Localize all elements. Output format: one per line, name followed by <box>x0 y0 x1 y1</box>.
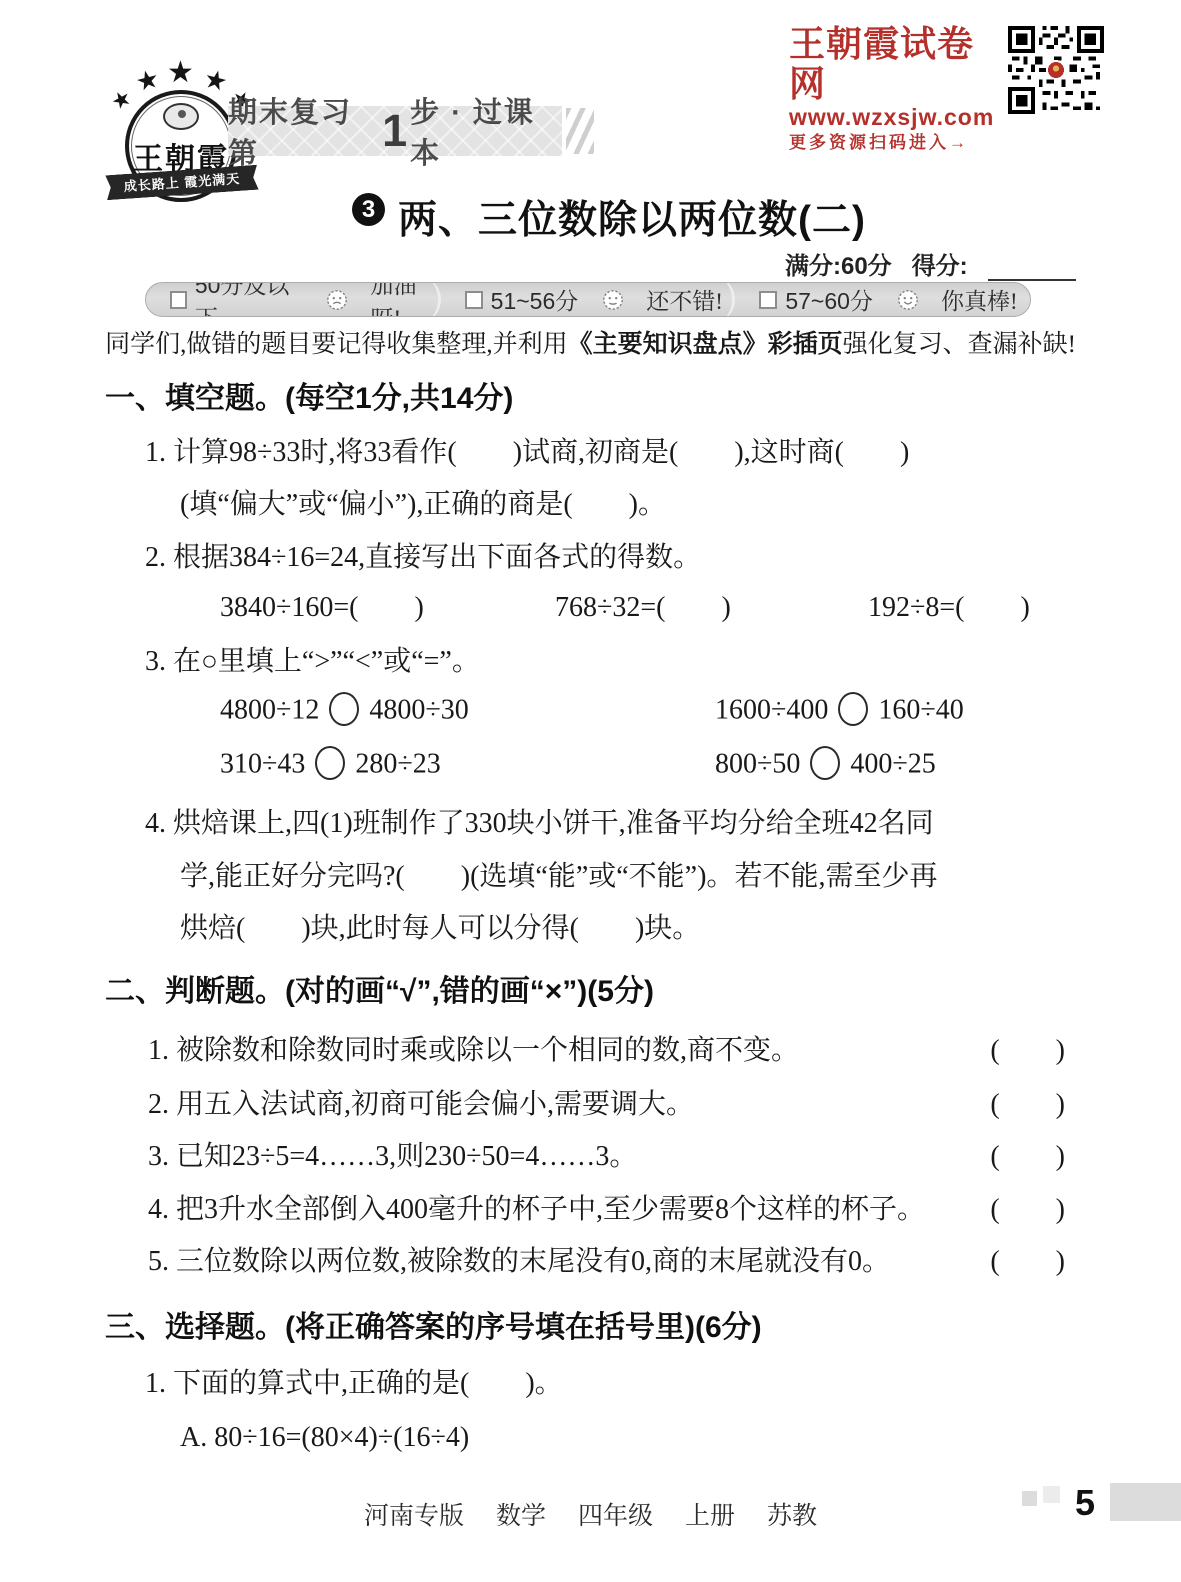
judgment-text: 4. 把3升水全部倒入400毫升的杯子中,至少需要8个这样的杯子。 <box>148 1192 925 1227</box>
question-2-stem: 2. 根据384÷16=24,直接写出下面各式的得数。 <box>145 540 701 575</box>
qr-code-svg <box>1008 26 1104 114</box>
answer-bracket: ( ) <box>990 1244 1065 1279</box>
footer-edition-info: 河南专版 数学 四年级 上册 苏教 <box>0 1496 1181 1532</box>
band-remark-label: 加油呀! <box>370 282 440 317</box>
right-expression: 4800÷30 <box>369 694 468 725</box>
band-range-label: 57~60分 <box>785 283 873 316</box>
checkbox-mid[interactable] <box>465 291 483 309</box>
portrait-icon <box>163 103 199 130</box>
right-expression: 160÷40 <box>878 694 963 725</box>
right-expression: 400÷25 <box>850 748 935 779</box>
comparison-circle-blank <box>315 746 345 780</box>
comparison-pair: 1600÷400160÷40 <box>715 692 964 732</box>
page-number-bar <box>1110 1483 1181 1521</box>
choice-question-stem: 1. 下面的算式中,正确的是( )。 <box>145 1366 563 1401</box>
right-expression: 280÷23 <box>355 748 440 779</box>
judgment-text: 3. 已知23÷5=4……3,则230÷50=4……3。 <box>148 1139 637 1174</box>
band-range-label: 50分及以下 <box>195 282 303 317</box>
answer-bracket: ( ) <box>990 1087 1065 1122</box>
happy-face-icon <box>897 289 919 311</box>
neutral-face-icon <box>602 289 624 311</box>
left-expression: 1600÷400 <box>715 694 828 725</box>
star-icon: ★ <box>133 66 162 97</box>
judgment-item: 5. 三位数除以两位数,被除数的末尾没有0,商的末尾就没有0。 ( ) <box>148 1244 1065 1279</box>
banner-step-number: 1 <box>382 106 407 156</box>
qr-code-image <box>1008 26 1104 114</box>
left-expression: 800÷50 <box>715 748 800 779</box>
worksheet-page: ★ ★ ★ ★ ★ 王朝霞 成长路上 霞光满天 期末复习第 1 步 · 过课本 … <box>0 0 1181 1582</box>
portrait-head-icon <box>178 110 186 118</box>
page-number-decoration <box>1043 1486 1060 1503</box>
site-tagline: 更多资源扫码进入→ <box>789 131 1004 155</box>
site-url: www.wzxsjw.com <box>789 104 1004 131</box>
left-expression: 310÷43 <box>220 748 305 779</box>
step-banner: 期末复习第 1 步 · 过课本 <box>228 106 562 156</box>
comparison-pair: 310÷43280÷23 <box>220 746 441 786</box>
star-icon: ★ <box>108 87 136 116</box>
judgment-item: 1. 被除数和除数同时乘或除以一个相同的数,商不变。 ( ) <box>148 1033 1065 1068</box>
question-4-line3: 烘焙( )块,此时每人可以分得( )块。 <box>180 911 700 946</box>
comparison-pair: 4800÷124800÷30 <box>220 692 469 732</box>
sad-face-icon <box>326 289 348 311</box>
notice-post: 强化复习、查漏补缺! <box>843 331 1076 358</box>
star-icon: ★ <box>167 58 194 88</box>
footer-volume: 上册 <box>685 1496 735 1532</box>
question-1-line1: 1. 计算98÷33时,将33看作( )试商,初商是( ),这时商( ) <box>145 435 909 470</box>
review-notice: 同学们,做错的题目要记得收集整理,并利用《主要知识盘点》彩插页强化复习、查漏补缺… <box>90 324 1091 360</box>
band-remark-label: 你真棒! <box>941 283 1018 316</box>
page-number: 5 <box>1062 1482 1108 1524</box>
answer-bracket: ( ) <box>990 1192 1065 1227</box>
page-title: 两、三位数除以两位数(二) <box>398 189 866 245</box>
site-name: 王朝霞试卷网 <box>789 24 1004 104</box>
full-score-label: 满分:60分 <box>785 246 892 281</box>
equation: 768÷32=( ) <box>555 590 731 625</box>
judgment-item: 4. 把3升水全部倒入400毫升的杯子中,至少需要8个这样的杯子。 ( ) <box>148 1192 1065 1227</box>
question-4-line1: 4. 烘焙课上,四(1)班制作了330块小饼干,准备平均分给全班42名同 <box>145 806 934 841</box>
section1-heading: 一、填空题。(每空1分,共14分) <box>105 380 513 418</box>
footer-grade: 四年级 <box>578 1496 653 1532</box>
score-header: 满分:60分 得分: <box>785 246 1076 281</box>
section2-heading: 二、判断题。(对的画“√”,错的画“×”)(5分) <box>105 973 654 1011</box>
judgment-text: 1. 被除数和除数同时乘或除以一个相同的数,商不变。 <box>148 1033 799 1068</box>
question-4-line2: 学,能正好分完吗?( )(选填“能”或“不能”)。若不能,需至少再 <box>180 859 937 894</box>
comparison-circle-blank <box>838 692 868 726</box>
question-3-stem: 3. 在○里填上“>”“<”或“=”。 <box>145 644 480 679</box>
score-label: 得分: <box>912 246 968 281</box>
question-1-line2: (填“偏大”或“偏小”),正确的商是( )。 <box>180 487 666 522</box>
footer-edition: 河南专版 <box>364 1496 464 1532</box>
section3-heading: 三、选择题。(将正确答案的序号填在括号里)(6分) <box>105 1309 762 1347</box>
banner-suffix: 步 · 过课本 <box>410 90 562 172</box>
score-band-low: 50分及以下 加油呀! <box>146 283 441 316</box>
comparison-circle-blank <box>810 746 840 780</box>
judgment-text: 5. 三位数除以两位数,被除数的末尾没有0,商的末尾就没有0。 <box>148 1244 890 1279</box>
left-expression: 4800÷12 <box>220 694 319 725</box>
judgment-text: 2. 用五入法试商,初商可能会偏小,需要调大。 <box>148 1087 694 1122</box>
answer-bracket: ( ) <box>990 1139 1065 1174</box>
comparison-circle-blank <box>329 692 359 726</box>
score-band-bar: 50分及以下 加油呀! 51~56分 还不错! 57~60分 你真棒! <box>145 282 1031 317</box>
equation: 3840÷160=( ) <box>220 590 424 625</box>
choice-option-a: A. 80÷16=(80×4)÷(16÷4) <box>180 1420 469 1455</box>
lesson-number-badge: 3 <box>352 193 385 226</box>
band-range-label: 51~56分 <box>491 283 579 316</box>
checkbox-low[interactable] <box>170 291 187 309</box>
score-band-high: 57~60分 你真棒! <box>735 283 1030 316</box>
equation: 192÷8=( ) <box>868 590 1030 625</box>
checkbox-high[interactable] <box>759 291 777 309</box>
score-blank-line <box>988 257 1076 281</box>
star-icon: ★ <box>201 66 230 97</box>
banner-prefix: 期末复习第 <box>228 90 379 172</box>
page-number-decoration <box>1022 1491 1037 1506</box>
band-remark-label: 还不错! <box>646 283 723 316</box>
footer-publisher: 苏教 <box>767 1496 817 1532</box>
judgment-item: 3. 已知23÷5=4……3,则230÷50=4……3。 ( ) <box>148 1139 1065 1174</box>
judgment-item: 2. 用五入法试商,初商可能会偏小,需要调大。 ( ) <box>148 1087 1065 1122</box>
comparison-pair: 800÷50400÷25 <box>715 746 936 786</box>
notice-pre: 同学们,做错的题目要记得收集整理,并利用 <box>105 331 568 358</box>
footer-subject: 数学 <box>496 1496 546 1532</box>
banner-slashes-decoration <box>566 108 594 154</box>
notice-bold: 《主要知识盘点》彩插页 <box>568 330 843 358</box>
site-logo: 王朝霞试卷网 www.wzxsjw.com 更多资源扫码进入→ <box>789 24 1004 155</box>
answer-bracket: ( ) <box>990 1033 1065 1068</box>
score-band-mid: 51~56分 还不错! <box>441 283 736 316</box>
